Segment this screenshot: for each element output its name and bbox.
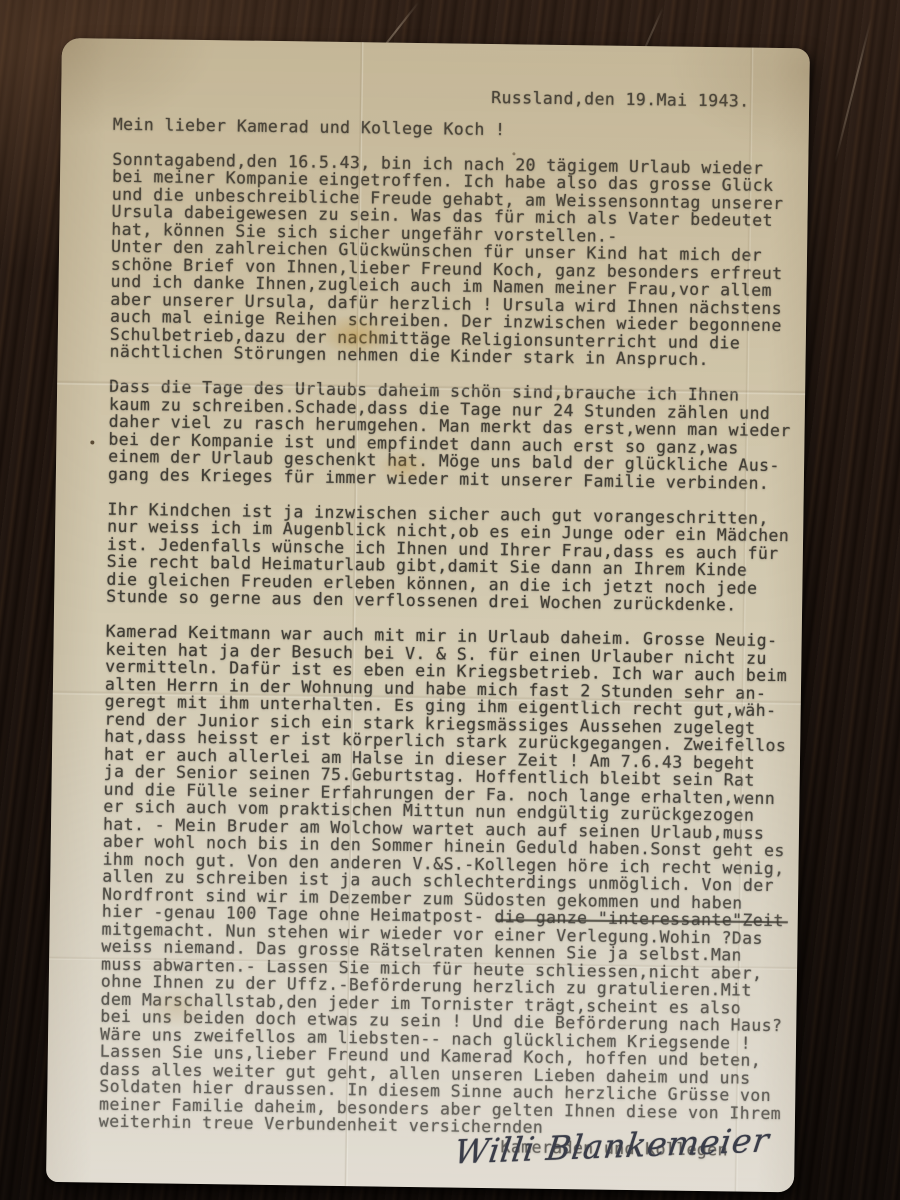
letter-paragraph-3: Ihr Kindchen ist ja inzwischen sicher au… <box>106 500 779 614</box>
paper-speck <box>90 440 94 444</box>
letter-dateline: Russland,den 19.Mai 1943. <box>491 88 785 110</box>
wood-table-background: Russland,den 19.Mai 1943. Mein lieber Ka… <box>0 0 900 1200</box>
letter-paragraph-4: Kamerad Keitmann war auch mit mir in Url… <box>99 623 778 1140</box>
wood-scratch <box>834 18 872 164</box>
letter-paragraph-1: Sonntagabend,den 16.5.43, bin ich nach 2… <box>110 150 785 369</box>
letter-paragraph-2: Dass die Tage des Urlaubs daheim schön s… <box>108 378 781 492</box>
letter-salutation: Mein lieber Kamerad und Kollege Koch ! <box>113 115 785 142</box>
letter-document: Russland,den 19.Mai 1943. Mein lieber Ka… <box>46 38 810 1192</box>
